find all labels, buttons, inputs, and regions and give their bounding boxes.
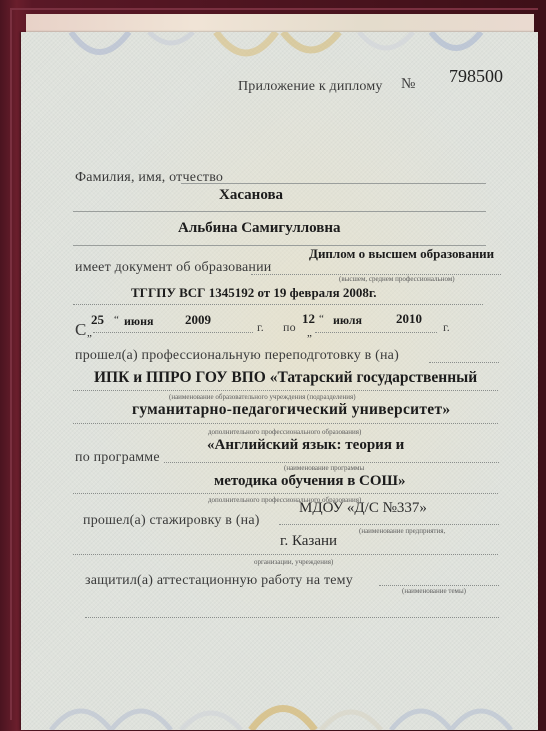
- fio-line-1: [181, 183, 486, 184]
- education-label: имеет документ об образовании: [75, 260, 271, 276]
- period-from-line: [93, 332, 253, 333]
- quote-close-from: “: [114, 314, 119, 326]
- internship-line-1: [279, 524, 499, 525]
- program-label: по программе: [75, 450, 160, 466]
- institution-line-1: ИПК и ППРО ГОУ ВПО «Татарский государств…: [94, 369, 477, 387]
- quote-open-to: „: [307, 327, 312, 339]
- period-from-year: 2009: [185, 312, 211, 328]
- name-patronymic: Альбина Самигулловна: [178, 220, 341, 237]
- fio-line-2: [73, 211, 486, 212]
- back-sheet: [26, 14, 534, 34]
- internship-city: г. Казани: [280, 533, 337, 550]
- thesis-line-2: [85, 617, 499, 618]
- period-to-day: 12: [302, 311, 315, 327]
- program-hint-1: (наименование программы: [284, 464, 364, 472]
- education-document: Диплом о высшем образовании: [309, 246, 494, 262]
- internship-hint-2: организации, учреждения): [254, 558, 333, 566]
- program-line-b: [73, 493, 498, 494]
- program-line-2: методика обучения в СОШ»: [214, 473, 406, 490]
- period-to-year: 2010: [396, 311, 422, 327]
- internship-hint-1: (наименование предприятия,: [359, 527, 445, 535]
- thesis-line-1: [379, 585, 499, 586]
- retraining-line-0: [429, 362, 499, 363]
- thesis-label: защитил(а) аттестационную работу на тему: [85, 573, 353, 589]
- education-line-2: [73, 304, 483, 305]
- period-from-label: С: [75, 320, 87, 340]
- institution-hint-2: дополнительного профессионального образо…: [208, 428, 361, 436]
- institution-line-2: гуманитарно-педагогический университет»: [132, 401, 450, 419]
- year-suffix-from: г.: [257, 320, 264, 335]
- diploma-supplement-page: Приложение к диплому № 798500 Фамилия, и…: [21, 32, 538, 730]
- year-suffix-to: г.: [443, 320, 450, 335]
- supplement-title: Приложение к диплому: [238, 79, 383, 95]
- guilloche-bottom-ornament: [21, 682, 538, 730]
- retraining-line-2: [73, 423, 498, 424]
- thesis-hint: (наименование темы): [402, 587, 466, 595]
- period-from-month: июня: [124, 314, 154, 329]
- period-to-month: июля: [333, 313, 362, 328]
- internship-line-2: [73, 554, 498, 555]
- internship-place: МДОУ «Д/С №337»: [299, 500, 427, 517]
- period-to-label: по: [283, 320, 296, 335]
- program-line-a: [164, 462, 499, 463]
- institution-hint-1: (наименование образовательного учреждени…: [169, 393, 356, 401]
- period-from-day: 25: [91, 312, 104, 328]
- education-details: ТГГПУ ВСГ 1345192 от 19 февраля 2008г.: [131, 285, 377, 301]
- supplement-number: 798500: [449, 66, 503, 87]
- surname: Хасанова: [219, 187, 283, 204]
- quote-open-from: „: [87, 327, 92, 339]
- number-sign: №: [401, 76, 416, 93]
- period-to-line: [315, 332, 437, 333]
- program-line-1: «Английский язык: теория и: [207, 437, 404, 454]
- retraining-label: прошел(а) профессиональную переподготовк…: [75, 348, 399, 364]
- quote-close-to: “: [319, 313, 324, 325]
- retraining-line-1: [73, 390, 498, 391]
- education-hint: (высшем, среднем профессиональном): [339, 275, 455, 283]
- internship-label: прошел(а) стажировку в (на): [83, 513, 260, 529]
